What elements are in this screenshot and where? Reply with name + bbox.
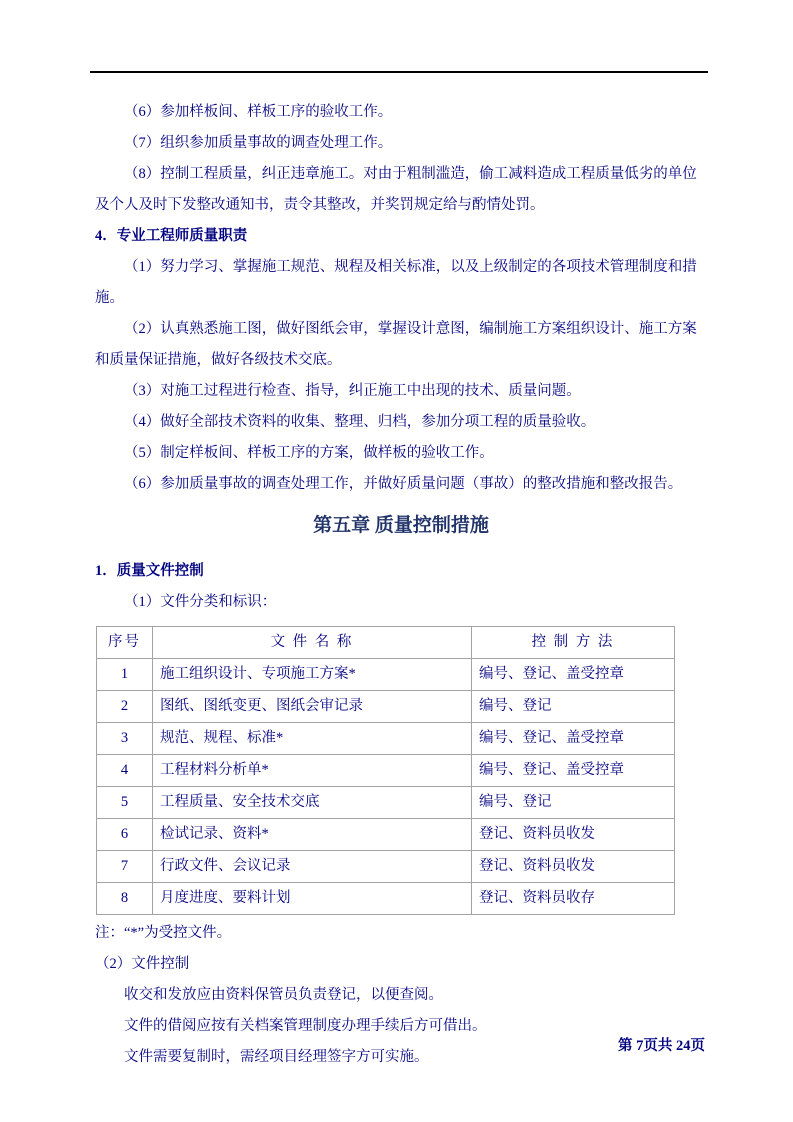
page-number-footer: 第 7页共 24页 — [618, 1036, 705, 1056]
sub-label: （1）文件分类和标识： — [95, 587, 707, 618]
table-cell: 规范、规程、标准* — [153, 723, 472, 755]
paragraph-item: 文件需要复制时，需经项目经理签字方可实施。 — [95, 1042, 707, 1073]
paragraph-item: （8）控制工程质量，纠正违章施工。对由于粗制滥造，偷工减料造成工程质量低劣的单位… — [95, 159, 707, 221]
table-cell: 检试记录、资料* — [153, 819, 472, 851]
table-cell: 6 — [97, 819, 153, 851]
table-cell: 行政文件、会议记录 — [153, 851, 472, 883]
paragraph-item: （6）参加样板间、样板工序的验收工作。 — [95, 97, 707, 128]
table-header-cell: 文 件 名 称 — [153, 627, 472, 659]
table-row: 1 施工组织设计、专项施工方案* 编号、登记、盖受控章 — [97, 659, 675, 691]
paragraph-item: （1）努力学习、掌握施工规范、规程及相关标准，以及上级制定的各项技术管理制度和措… — [95, 252, 707, 314]
table-note: 注：“*”为受控文件。 — [95, 918, 707, 949]
table-header-cell: 序号 — [97, 627, 153, 659]
document-page: { "colors": { "body_text": "#000080", "c… — [0, 0, 793, 1122]
section-heading: 4．专业工程师质量职责 — [95, 221, 707, 252]
table-cell: 8 — [97, 883, 153, 915]
paragraph-item: （6）参加质量事故的调查处理工作，并做好质量问题（事故）的整改措施和整改报告。 — [95, 469, 707, 500]
paragraph-item: （5）制定样板间、样板工序的方案，做样板的验收工作。 — [95, 438, 707, 469]
table-cell: 登记、资料员收发 — [472, 851, 675, 883]
table-cell: 编号、登记、盖受控章 — [472, 659, 675, 691]
paragraph-item: （2）认真熟悉施工图，做好图纸会审，掌握设计意图，编制施工方案组织设计、施工方案… — [95, 314, 707, 376]
table-cell: 2 — [97, 691, 153, 723]
paragraph-item: 文件的借阅应按有关档案管理制度办理手续后方可借出。 — [95, 1011, 707, 1042]
table-row: 8 月度进度、要料计划 登记、资料员收存 — [97, 883, 675, 915]
table-row: 4 工程材料分析单* 编号、登记、盖受控章 — [97, 755, 675, 787]
table-row: 2 图纸、图纸变更、图纸会审记录 编号、登记 — [97, 691, 675, 723]
table-cell: 3 — [97, 723, 153, 755]
table-cell: 编号、登记、盖受控章 — [472, 723, 675, 755]
table-cell: 施工组织设计、专项施工方案* — [153, 659, 472, 691]
chapter-title: 第五章 质量控制措施 — [95, 508, 707, 544]
table-header-row: 序号 文 件 名 称 控 制 方 法 — [97, 627, 675, 659]
table-cell: 编号、登记 — [472, 787, 675, 819]
table-cell: 登记、资料员收发 — [472, 819, 675, 851]
table-cell: 7 — [97, 851, 153, 883]
table-cell: 登记、资料员收存 — [472, 883, 675, 915]
table-cell: 编号、登记 — [472, 691, 675, 723]
document-control-table: 序号 文 件 名 称 控 制 方 法 1 施工组织设计、专项施工方案* 编号、登… — [96, 626, 675, 915]
sub-label: （2）文件控制 — [95, 949, 707, 980]
paragraph-item: （3）对施工过程进行检查、指导，纠正施工中出现的技术、质量问题。 — [95, 376, 707, 407]
table-cell: 4 — [97, 755, 153, 787]
document-body: （6）参加样板间、样板工序的验收工作。 （7）组织参加质量事故的调查处理工作。 … — [95, 97, 707, 1073]
table-cell: 工程材料分析单* — [153, 755, 472, 787]
paragraph-item: （4）做好全部技术资料的收集、整理、归档，参加分项工程的质量验收。 — [95, 407, 707, 438]
table-row: 5 工程质量、安全技术交底 编号、登记 — [97, 787, 675, 819]
section-heading: 1．质量文件控制 — [95, 556, 707, 587]
table-cell: 月度进度、要料计划 — [153, 883, 472, 915]
table-cell: 1 — [97, 659, 153, 691]
table-header-cell: 控 制 方 法 — [472, 627, 675, 659]
table-row: 3 规范、规程、标准* 编号、登记、盖受控章 — [97, 723, 675, 755]
table-row: 6 检试记录、资料* 登记、资料员收发 — [97, 819, 675, 851]
paragraph-item: 收交和发放应由资料保管员负责登记，以便查阅。 — [95, 980, 707, 1011]
table-cell: 图纸、图纸变更、图纸会审记录 — [153, 691, 472, 723]
table-cell: 编号、登记、盖受控章 — [472, 755, 675, 787]
table-row: 7 行政文件、会议记录 登记、资料员收发 — [97, 851, 675, 883]
table-cell: 5 — [97, 787, 153, 819]
paragraph-item: （7）组织参加质量事故的调查处理工作。 — [95, 128, 707, 159]
header-rule — [90, 71, 708, 73]
table-cell: 工程质量、安全技术交底 — [153, 787, 472, 819]
